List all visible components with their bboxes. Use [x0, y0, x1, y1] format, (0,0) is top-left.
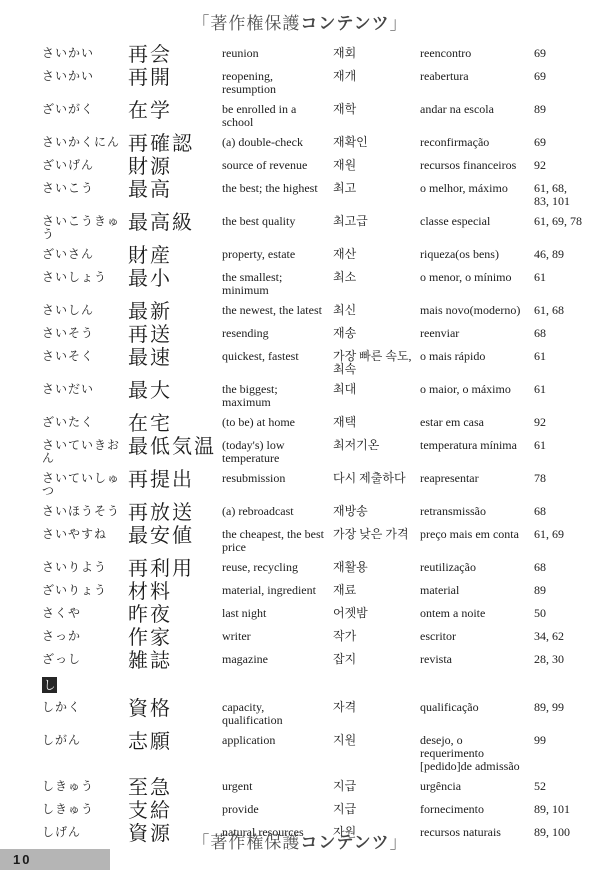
portuguese-cell: reutilização [420, 561, 534, 574]
kanji-cell: 再送 [128, 327, 222, 343]
english-cell: material, ingredient [222, 584, 333, 597]
pages-cell: 68 [534, 505, 582, 518]
english-cell: the biggest; maximum [222, 383, 333, 409]
korean-cell: 가장 낮은 가격 [333, 528, 420, 541]
portuguese-cell: preço mais em conta [420, 528, 534, 541]
english-cell: writer [222, 630, 333, 643]
footer-watermark-bold: コンテンツ [300, 833, 389, 852]
portuguese-cell: temperatura mínima [420, 439, 534, 452]
english-cell: last night [222, 607, 333, 620]
korean-cell: 재송 [333, 327, 420, 340]
table-row: さいやすね 最安値 the cheapest, the best price 가… [42, 525, 582, 558]
reading-cell: ざっし [42, 653, 128, 666]
korean-cell: 최고 [333, 182, 420, 195]
reading-cell: ざいげん [42, 159, 128, 172]
reading-cell: しきゅう [42, 780, 128, 793]
portuguese-cell: estar em casa [420, 416, 534, 429]
page-number-box: 10 [0, 849, 110, 870]
pages-cell: 61, 68, 83, 101 [534, 182, 582, 208]
reading-cell: さいしょう [42, 271, 128, 284]
reading-cell: さっか [42, 630, 128, 643]
pages-cell: 89, 101 [534, 803, 582, 816]
korean-cell: 재료 [333, 584, 420, 597]
table-row: さいりよう 再利用 reuse, recycling 재활용 reutiliza… [42, 558, 582, 581]
korean-cell: 재학 [333, 103, 420, 116]
pages-cell: 78 [534, 472, 582, 485]
footer-watermark-prefix: 「著作権保護 [192, 833, 300, 852]
table-row: さいだい 最大 the biggest; maximum 최대 o maior,… [42, 380, 582, 413]
header-watermark-prefix: 「著作権保護 [192, 14, 300, 33]
english-cell: the smallest; minimum [222, 271, 333, 297]
header-watermark-bold: コンテンツ [300, 14, 389, 33]
english-cell: provide [222, 803, 333, 816]
reading-cell: さいこう [42, 182, 128, 195]
english-cell: capacity, qualification [222, 701, 333, 727]
header-watermark-suffix: 」 [390, 14, 408, 33]
table-row: ざいさん 財産 property, estate 재산 riqueza(os b… [42, 245, 582, 268]
english-cell: the cheapest, the best price [222, 528, 333, 554]
pages-cell: 61, 69 [534, 528, 582, 541]
kanji-cell: 再開 [128, 70, 222, 86]
reading-cell: さいかくにん [42, 136, 128, 149]
pages-cell: 92 [534, 159, 582, 172]
english-cell: property, estate [222, 248, 333, 261]
korean-cell: 재택 [333, 416, 420, 429]
page-number: 10 [0, 849, 110, 870]
english-cell: quickest, fastest [222, 350, 333, 363]
portuguese-cell: mais novo(moderno) [420, 304, 534, 317]
reading-cell: さいやすね [42, 528, 128, 541]
reading-cell: さいしん [42, 304, 128, 317]
kanji-cell: 志願 [128, 734, 222, 750]
korean-cell: 자격 [333, 701, 420, 714]
table-row: しかく 資格 capacity, qualification 자격 qualif… [42, 698, 582, 731]
portuguese-cell: qualificação [420, 701, 534, 714]
pages-cell: 99 [534, 734, 582, 747]
english-cell: be enrolled in a school [222, 103, 333, 129]
kanji-cell: 支給 [128, 803, 222, 819]
table-row: さくや 昨夜 last night 어젯밤 ontem a noite 50 [42, 604, 582, 627]
pages-cell: 89 [534, 584, 582, 597]
kanji-cell: 財源 [128, 159, 222, 175]
table-row: さいそう 再送 resending 재송 reenviar 68 [42, 324, 582, 347]
pages-cell: 34, 62 [534, 630, 582, 643]
table-row: さいかい 再会 reunion 재회 reencontro 69 [42, 44, 582, 67]
vocab-table: さいかい 再会 reunion 재회 reencontro 69 さいかい 再開… [42, 44, 582, 846]
table-row: さいていしゅつ 再提出 resubmission 다시 제출하다 reapres… [42, 469, 582, 502]
kanji-cell: 再放送 [128, 505, 222, 521]
english-cell: application [222, 734, 333, 747]
table-row: さいこうきゅう 最高級 the best quality 최고급 classe … [42, 212, 582, 245]
english-cell: the best; the highest [222, 182, 333, 195]
portuguese-cell: fornecimento [420, 803, 534, 816]
kanji-cell: 至急 [128, 780, 222, 796]
portuguese-cell: classe especial [420, 215, 534, 228]
portuguese-cell: escritor [420, 630, 534, 643]
kanji-cell: 材料 [128, 584, 222, 600]
pages-cell: 46, 89 [534, 248, 582, 261]
reading-cell: しかく [42, 701, 128, 714]
korean-cell: 어젯밤 [333, 607, 420, 620]
english-cell: (today's) low temperature [222, 439, 333, 465]
pages-cell: 61 [534, 350, 582, 363]
pages-cell: 61 [534, 439, 582, 452]
korean-cell: 다시 제출하다 [333, 472, 420, 485]
pages-cell: 68 [534, 561, 582, 574]
table-row: さいそく 最速 quickest, fastest 가장 빠른 속도, 최속 o… [42, 347, 582, 380]
kanji-cell: 最小 [128, 271, 222, 287]
kanji-cell: 資格 [128, 701, 222, 717]
reading-cell: さいそう [42, 327, 128, 340]
table-row: さいしょう 最小 the smallest; minimum 최소 o meno… [42, 268, 582, 301]
portuguese-cell: reapresentar [420, 472, 534, 485]
korean-cell: 최소 [333, 271, 420, 284]
korean-cell: 재방송 [333, 505, 420, 518]
reading-cell: しがん [42, 734, 128, 747]
korean-cell: 재회 [333, 47, 420, 60]
kanji-cell: 再利用 [128, 561, 222, 577]
kanji-cell: 最大 [128, 383, 222, 399]
portuguese-cell: retransmissão [420, 505, 534, 518]
kanji-cell: 最低気温 [128, 439, 222, 455]
kanji-cell: 最高 [128, 182, 222, 198]
reading-cell: さいそく [42, 350, 128, 363]
pages-cell: 61, 68 [534, 304, 582, 317]
pages-cell: 89 [534, 103, 582, 116]
english-cell: source of revenue [222, 159, 333, 172]
english-cell: reopening, resumption [222, 70, 333, 96]
pages-cell: 68 [534, 327, 582, 340]
reading-cell: ざいがく [42, 103, 128, 116]
kanji-cell: 在宅 [128, 416, 222, 432]
table-row: しがん 志願 application 지원 desejo, o requerim… [42, 731, 582, 777]
english-cell: (a) rebroadcast [222, 505, 333, 518]
english-cell: urgent [222, 780, 333, 793]
korean-cell: 재활용 [333, 561, 420, 574]
english-cell: (to be) at home [222, 416, 333, 429]
reading-cell: さいかい [42, 70, 128, 83]
reading-cell: さいかい [42, 47, 128, 60]
korean-cell: 지급 [333, 780, 420, 793]
kanji-cell: 在学 [128, 103, 222, 119]
korean-cell: 재원 [333, 159, 420, 172]
kanji-cell: 最安値 [128, 528, 222, 544]
table-row: ざいがく 在学 be enrolled in a school 재학 andar… [42, 100, 582, 133]
kanji-cell: 再確認 [128, 136, 222, 152]
pages-cell: 50 [534, 607, 582, 620]
footer-watermark-suffix: 」 [390, 833, 408, 852]
reading-cell: さいだい [42, 383, 128, 396]
reading-cell: ざいりょう [42, 584, 128, 597]
reading-cell: ざいさん [42, 248, 128, 261]
table-row: さいていきおん 最低気温 (today's) low temperature 최… [42, 436, 582, 469]
portuguese-cell: recursos financeiros [420, 159, 534, 172]
portuguese-cell: reenviar [420, 327, 534, 340]
header-watermark: 「著作権保護コンテンツ」 [0, 9, 600, 34]
pages-cell: 69 [534, 47, 582, 60]
pages-cell: 61 [534, 383, 582, 396]
portuguese-cell: reencontro [420, 47, 534, 60]
english-cell: reuse, recycling [222, 561, 333, 574]
korean-cell: 최고급 [333, 215, 420, 228]
table-row: さいかい 再開 reopening, resumption 재개 reabert… [42, 67, 582, 100]
pages-cell: 89, 99 [534, 701, 582, 714]
kanji-cell: 雑誌 [128, 653, 222, 669]
kanji-cell: 財産 [128, 248, 222, 264]
english-cell: magazine [222, 653, 333, 666]
table-row: さいこう 最高 the best; the highest 최고 o melho… [42, 179, 582, 212]
portuguese-cell: revista [420, 653, 534, 666]
reading-cell: ざいたく [42, 416, 128, 429]
table-row: ざっし 雑誌 magazine 잡지 revista 28, 30 [42, 650, 582, 673]
reading-cell: しきゅう [42, 803, 128, 816]
portuguese-cell: o melhor, máximo [420, 182, 534, 195]
reading-cell: さいていしゅつ [42, 472, 128, 498]
table-row: しきゅう 至急 urgent 지급 urgência 52 [42, 777, 582, 800]
table-row: しきゅう 支給 provide 지급 fornecimento 89, 101 [42, 800, 582, 823]
table-row: さいほうそう 再放送 (a) rebroadcast 재방송 retransmi… [42, 502, 582, 525]
english-cell: the best quality [222, 215, 333, 228]
kanji-cell: 最速 [128, 350, 222, 366]
korean-cell: 최저기온 [333, 439, 420, 452]
pages-cell: 52 [534, 780, 582, 793]
kanji-cell: 作家 [128, 630, 222, 646]
korean-cell: 지원 [333, 734, 420, 747]
korean-cell: 지급 [333, 803, 420, 816]
korean-cell: 재개 [333, 70, 420, 83]
portuguese-cell: material [420, 584, 534, 597]
english-cell: resubmission [222, 472, 333, 485]
korean-cell: 재확인 [333, 136, 420, 149]
section-divider: し [42, 673, 582, 698]
portuguese-cell: urgência [420, 780, 534, 793]
portuguese-cell: o maior, o máximo [420, 383, 534, 396]
portuguese-cell: ontem a noite [420, 607, 534, 620]
kanji-cell: 昨夜 [128, 607, 222, 623]
kanji-cell: 再提出 [128, 472, 222, 488]
portuguese-cell: reabertura [420, 70, 534, 83]
english-cell: the newest, the latest [222, 304, 333, 317]
korean-cell: 작가 [333, 630, 420, 643]
kanji-cell: 最新 [128, 304, 222, 320]
portuguese-cell: o mais rápido [420, 350, 534, 363]
table-row: ざいりょう 材料 material, ingredient 재료 materia… [42, 581, 582, 604]
korean-cell: 잡지 [333, 653, 420, 666]
portuguese-cell: o menor, o mínimo [420, 271, 534, 284]
table-row: さいかくにん 再確認 (a) double-check 재확인 reconfir… [42, 133, 582, 156]
pages-cell: 69 [534, 136, 582, 149]
korean-cell: 최신 [333, 304, 420, 317]
reading-cell: さいほうそう [42, 505, 128, 518]
pages-cell: 61, 69, 78 [534, 215, 582, 228]
korean-cell: 재산 [333, 248, 420, 261]
pages-cell: 69 [534, 70, 582, 83]
english-cell: reunion [222, 47, 333, 60]
table-row: さっか 作家 writer 작가 escritor 34, 62 [42, 627, 582, 650]
scanned-dictionary-page: 「著作権保護コンテンツ」 さいかい 再会 reunion 재회 reencont… [0, 0, 600, 876]
reading-cell: さいこうきゅう [42, 215, 128, 241]
section-badge: し [42, 677, 57, 693]
kanji-cell: 再会 [128, 47, 222, 63]
english-cell: (a) double-check [222, 136, 333, 149]
table-row: ざいげん 財源 source of revenue 재원 recursos fi… [42, 156, 582, 179]
portuguese-cell: desejo, o requerimento [pedido]de admiss… [420, 734, 534, 773]
reading-cell: さいりよう [42, 561, 128, 574]
pages-cell: 92 [534, 416, 582, 429]
english-cell: resending [222, 327, 333, 340]
reading-cell: さくや [42, 607, 128, 620]
korean-cell: 가장 빠른 속도, 최속 [333, 350, 420, 376]
pages-cell: 28, 30 [534, 653, 582, 666]
portuguese-cell: reconfirmação [420, 136, 534, 149]
table-row: さいしん 最新 the newest, the latest 최신 mais n… [42, 301, 582, 324]
korean-cell: 최대 [333, 383, 420, 396]
pages-cell: 61 [534, 271, 582, 284]
portuguese-cell: riqueza(os bens) [420, 248, 534, 261]
reading-cell: さいていきおん [42, 439, 128, 465]
portuguese-cell: andar na escola [420, 103, 534, 116]
table-row: ざいたく 在宅 (to be) at home 재택 estar em casa… [42, 413, 582, 436]
kanji-cell: 最高級 [128, 215, 222, 231]
